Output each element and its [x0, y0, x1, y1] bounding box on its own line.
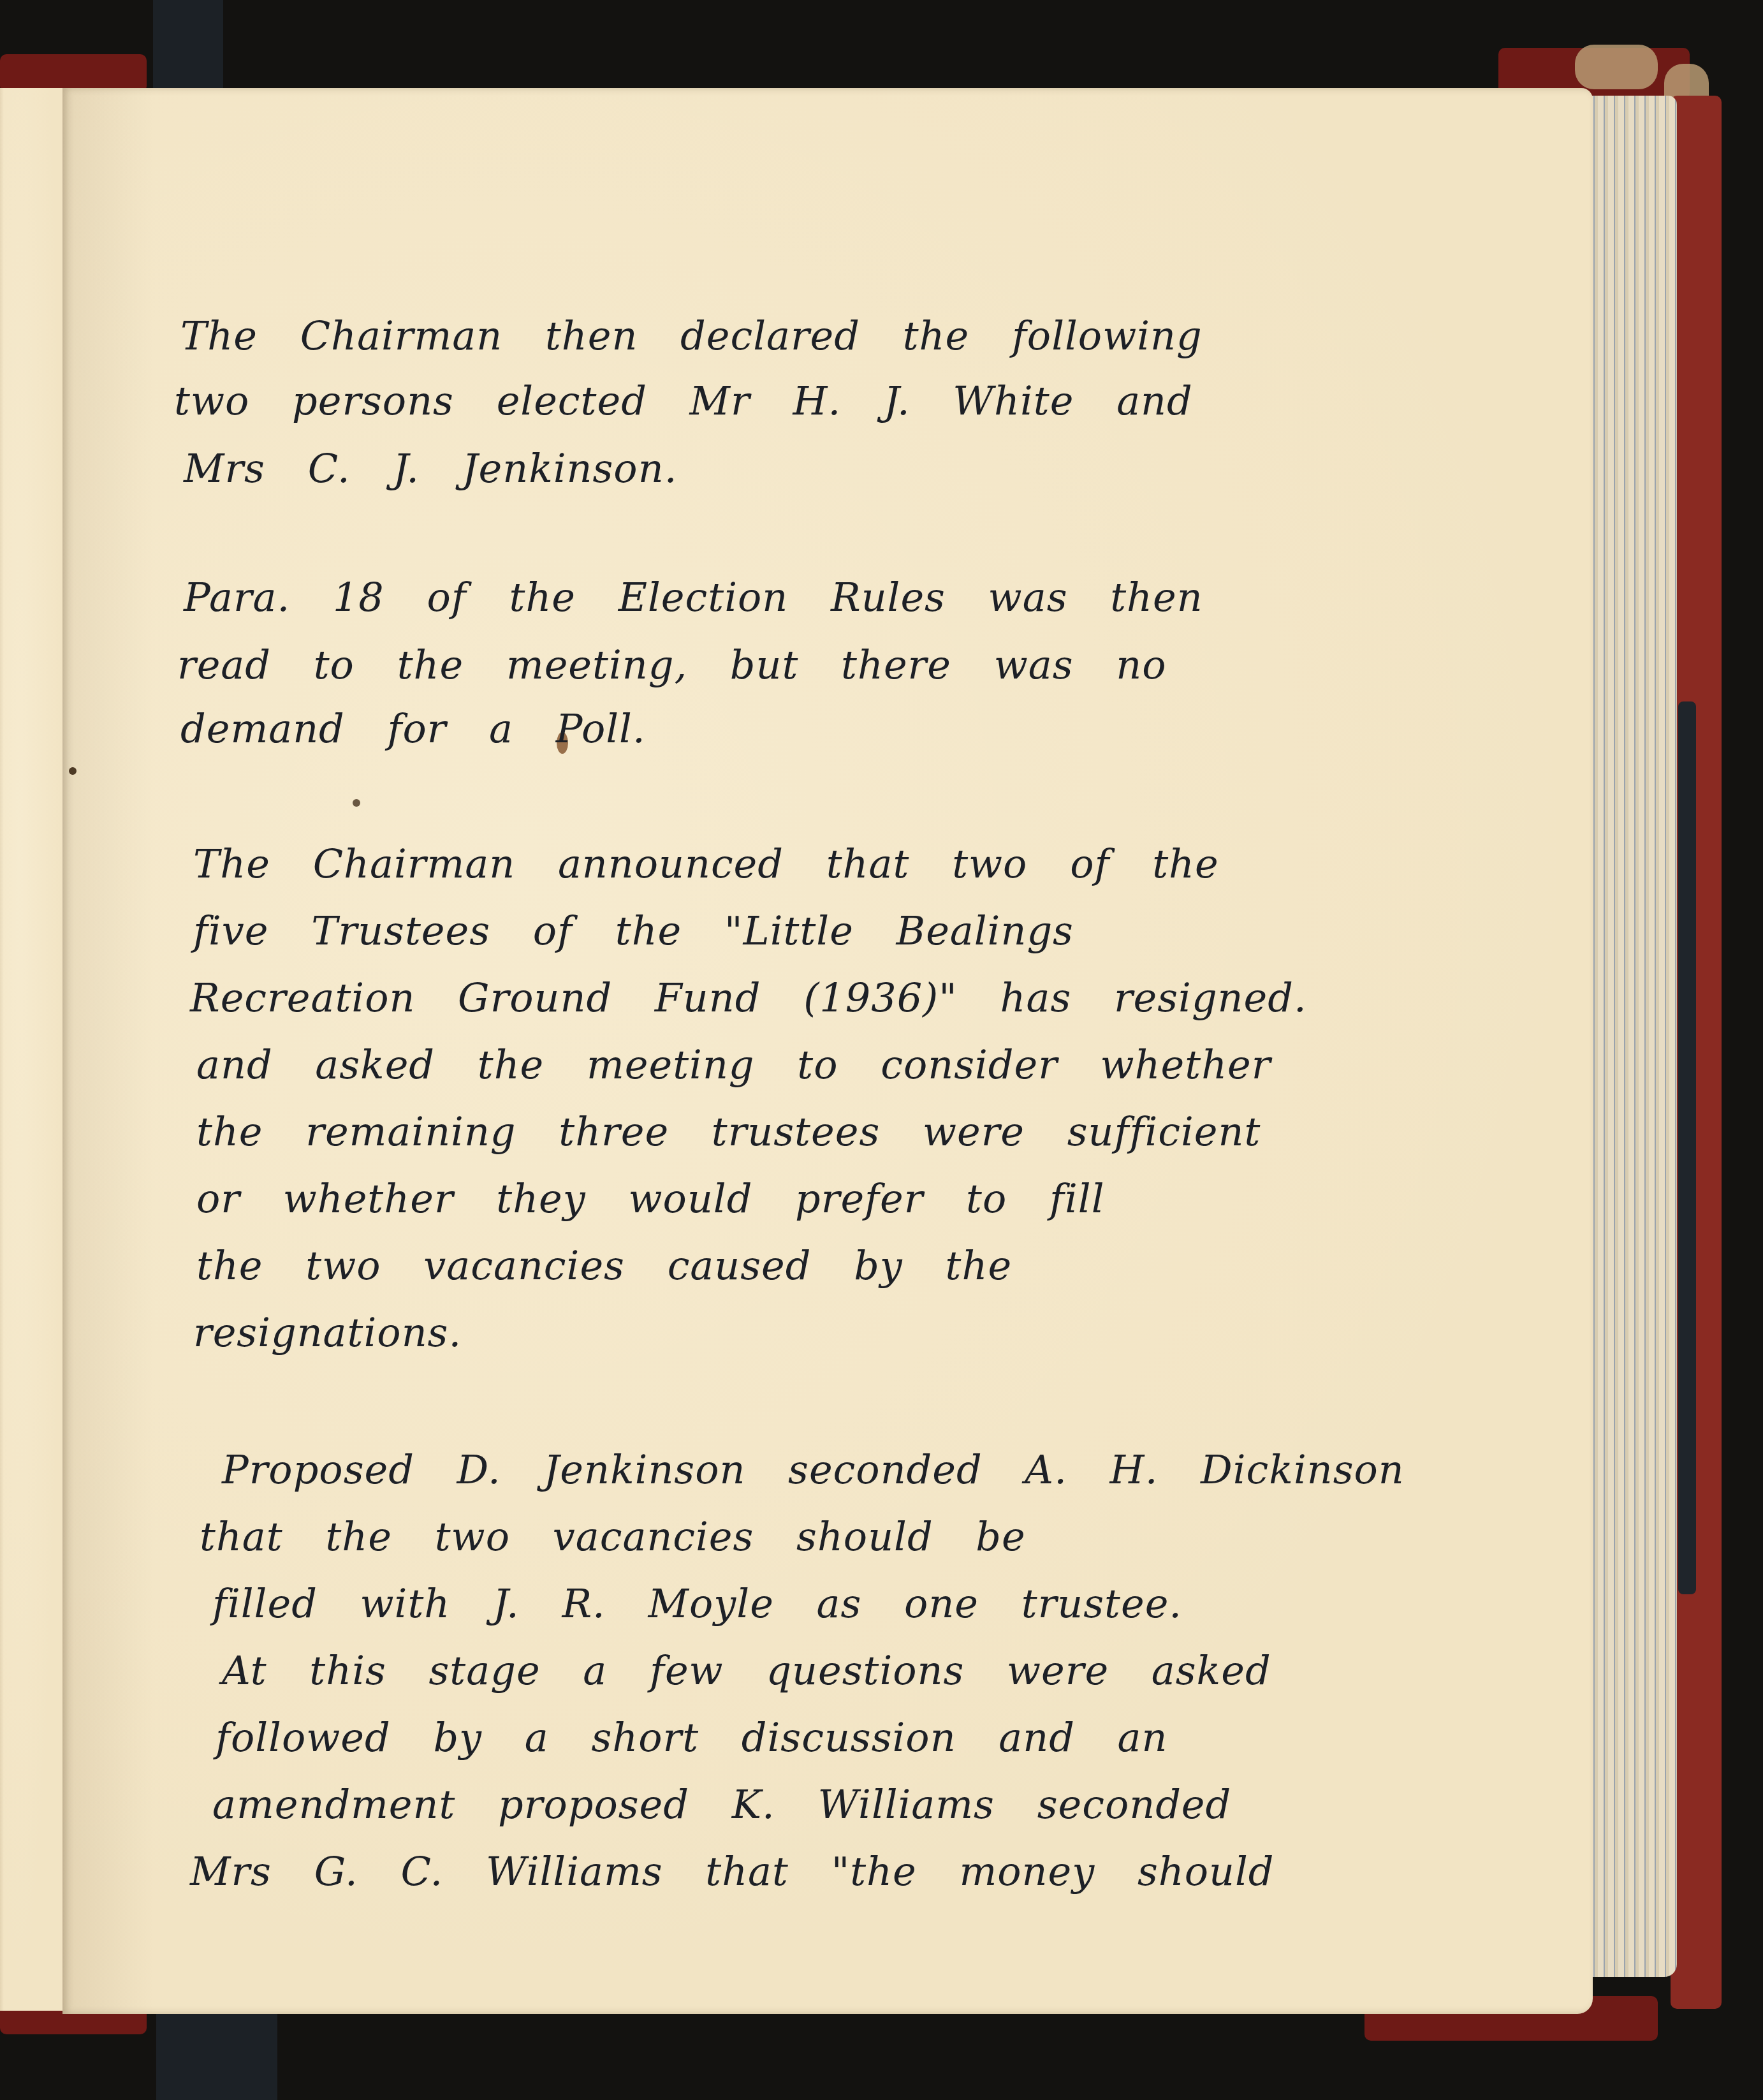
text-line: that the two vacancies should be: [200, 1513, 1026, 1560]
text-line: Recreation Ground Fund (1936)" has resig…: [190, 974, 1307, 1021]
text-line: Mrs C. J. Jenkinson.: [184, 445, 677, 492]
text-line: demand for a Poll.: [180, 705, 646, 752]
spine-ribbon: [1678, 701, 1696, 1594]
text-line: Para. 18 of the Election Rules was then: [184, 574, 1203, 620]
bookmark-ribbon-top: [153, 0, 223, 89]
text-line: read to the meeting, but there was no: [177, 642, 1166, 688]
text-line: followed by a short discussion and an: [216, 1714, 1167, 1761]
cover-edge-top-left: [0, 54, 147, 92]
text-line: the two vacancies caused by the: [196, 1242, 1012, 1289]
left-page: [0, 88, 64, 2011]
text-line: Proposed D. Jenkinson seconded A. H. Dic…: [222, 1446, 1405, 1493]
text-line: two persons elected Mr H. J. White and: [174, 378, 1193, 424]
text-line: the remaining three trustees were suffic…: [196, 1108, 1261, 1155]
text-line: five Trustees of the "Little Bealings: [193, 907, 1074, 954]
foxing-spot: [353, 799, 360, 807]
text-line: At this stage a few questions were asked: [222, 1647, 1271, 1694]
text-line: The Chairman announced that two of the: [193, 841, 1219, 887]
right-page: The Chairman then declared the following…: [62, 88, 1593, 2014]
text-line: amendment proposed K. Williams seconded: [212, 1781, 1231, 1828]
text-line: The Chairman then declared the following: [180, 312, 1203, 359]
text-line: resignations.: [193, 1309, 462, 1356]
text-line: and asked the meeting to consider whethe…: [196, 1041, 1271, 1088]
ink-dot: [69, 767, 77, 775]
frayed-corner-top: [1575, 45, 1658, 89]
text-line: Mrs G. C. Williams that "the money shoul…: [190, 1848, 1274, 1895]
page-stack-edges: [1588, 96, 1677, 1977]
bookmark-ribbon-bottom: [156, 2009, 277, 2100]
ruled-lines: [0, 88, 64, 2011]
text-line: or whether they would prefer to fill: [196, 1175, 1104, 1222]
text-line: filled with J. R. Moyle as one trustee.: [212, 1580, 1182, 1627]
